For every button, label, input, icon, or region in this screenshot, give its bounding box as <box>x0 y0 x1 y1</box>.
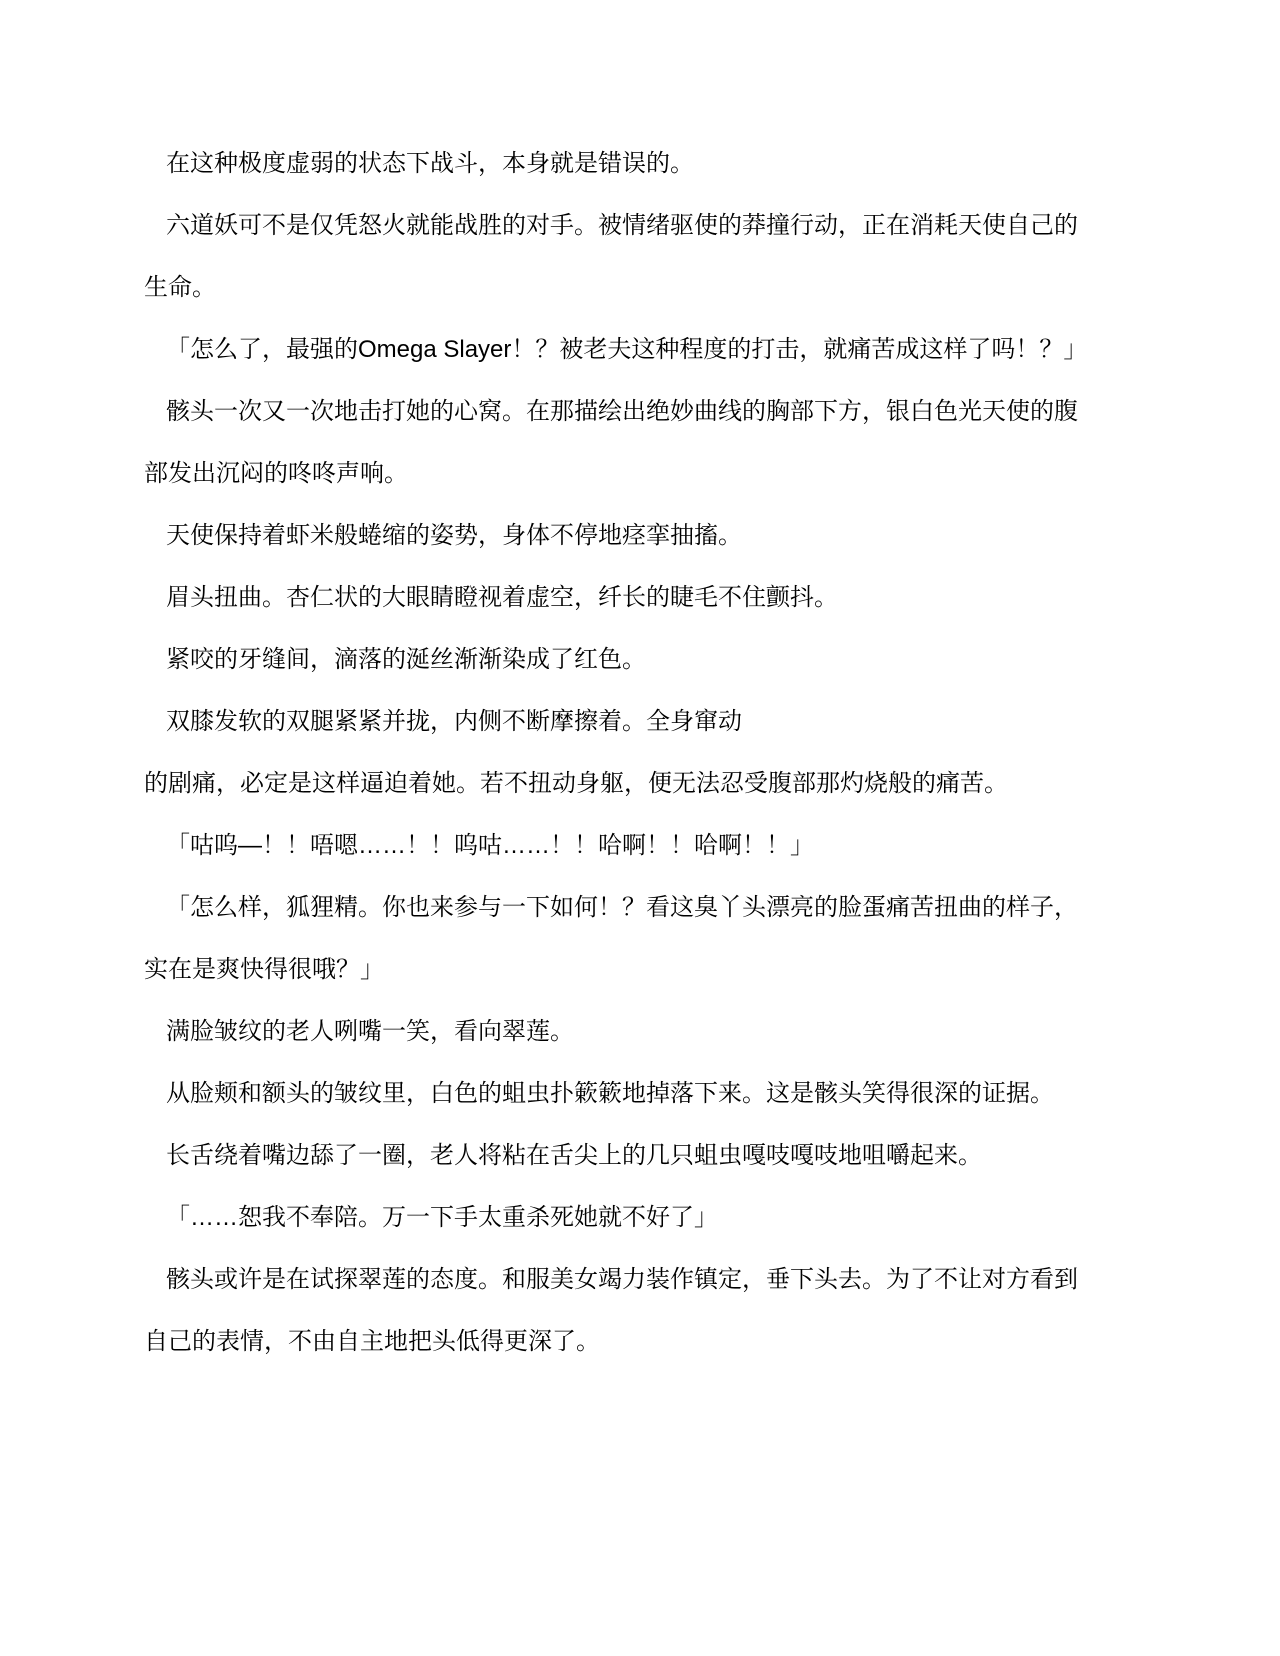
paragraph: 双膝发软的双腿紧紧并拢，内侧不断摩擦着。全身窜动 的剧痛，必定是这样逼迫着她。若… <box>144 691 1080 815</box>
paragraph: 从脸颊和额头的皱纹里，白色的蛆虫扑簌簌地掉落下来。这是骸头笑得很深的证据。 <box>144 1063 1080 1125</box>
paragraph: 「……恕我不奉陪。万一下手太重杀死她就不好了」 <box>144 1187 1080 1249</box>
paragraph: 长舌绕着嘴边舔了一圈，老人将粘在舌尖上的几只蛆虫嘎吱嘎吱地咀嚼起来。 <box>144 1125 1080 1187</box>
paragraph: 「怎么样，狐狸精。你也来参与一下如何！？看这臭丫头漂亮的脸蛋痛苦扭曲的样子，实在… <box>144 877 1080 1001</box>
paragraph: 骸头或许是在试探翠莲的态度。和服美女竭力装作镇定，垂下头去。为了不让对方看到自己… <box>144 1249 1080 1373</box>
paragraph: 「咕呜—！！唔嗯……！！呜咕……！！哈啊！！哈啊！！」 <box>144 815 1080 877</box>
paragraph: 在这种极度虚弱的状态下战斗，本身就是错误的。 <box>144 133 1080 195</box>
paragraph: 天使保持着虾米般蜷缩的姿势，身体不停地痉挛抽搐。 <box>144 505 1080 567</box>
paragraph: 满脸皱纹的老人咧嘴一笑，看向翠莲。 <box>144 1001 1080 1063</box>
paragraph: 「怎么了，最强的Omega Slayer！？被老夫这种程度的打击，就痛苦成这样了… <box>144 319 1080 381</box>
paragraph: 骸头一次又一次地击打她的心窝。在那描绘出绝妙曲线的胸部下方，银白色光天使的腹部发… <box>144 381 1080 505</box>
text-content: 在这种极度虚弱的状态下战斗，本身就是错误的。六道妖可不是仅凭怒火就能战胜的对手。… <box>144 133 1080 1373</box>
paragraph: 六道妖可不是仅凭怒火就能战胜的对手。被情绪驱使的莽撞行动，正在消耗天使自己的生命… <box>144 195 1080 319</box>
paragraph: 眉头扭曲。杏仁状的大眼睛瞪视着虚空，纤长的睫毛不住颤抖。 <box>144 567 1080 629</box>
paragraph: 紧咬的牙缝间，滴落的涎丝渐渐染成了红色。 <box>144 629 1080 691</box>
document-page: 在这种极度虚弱的状态下战斗，本身就是错误的。六道妖可不是仅凭怒火就能战胜的对手。… <box>0 0 1280 1656</box>
